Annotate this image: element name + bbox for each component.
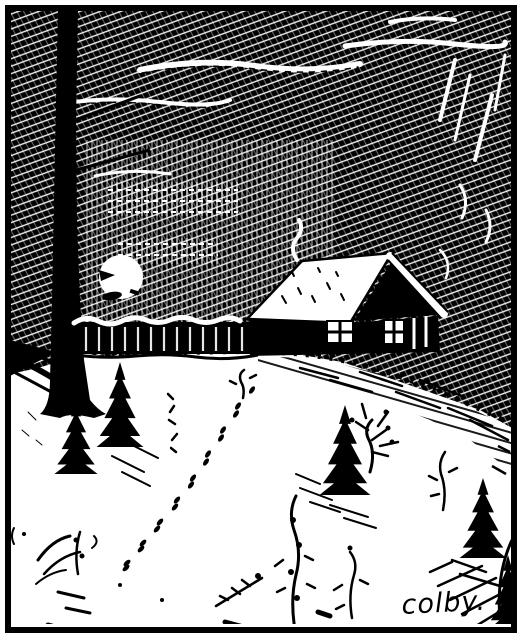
- cottage-window-left: [327, 321, 353, 343]
- log-fence: [74, 318, 258, 359]
- illustration-page: colby.: [0, 0, 522, 640]
- artist-signature: colby.: [401, 586, 487, 621]
- cottage-window-right: [384, 320, 404, 344]
- moon: [99, 255, 143, 302]
- winter-cottage-illustration: colby.: [0, 0, 522, 640]
